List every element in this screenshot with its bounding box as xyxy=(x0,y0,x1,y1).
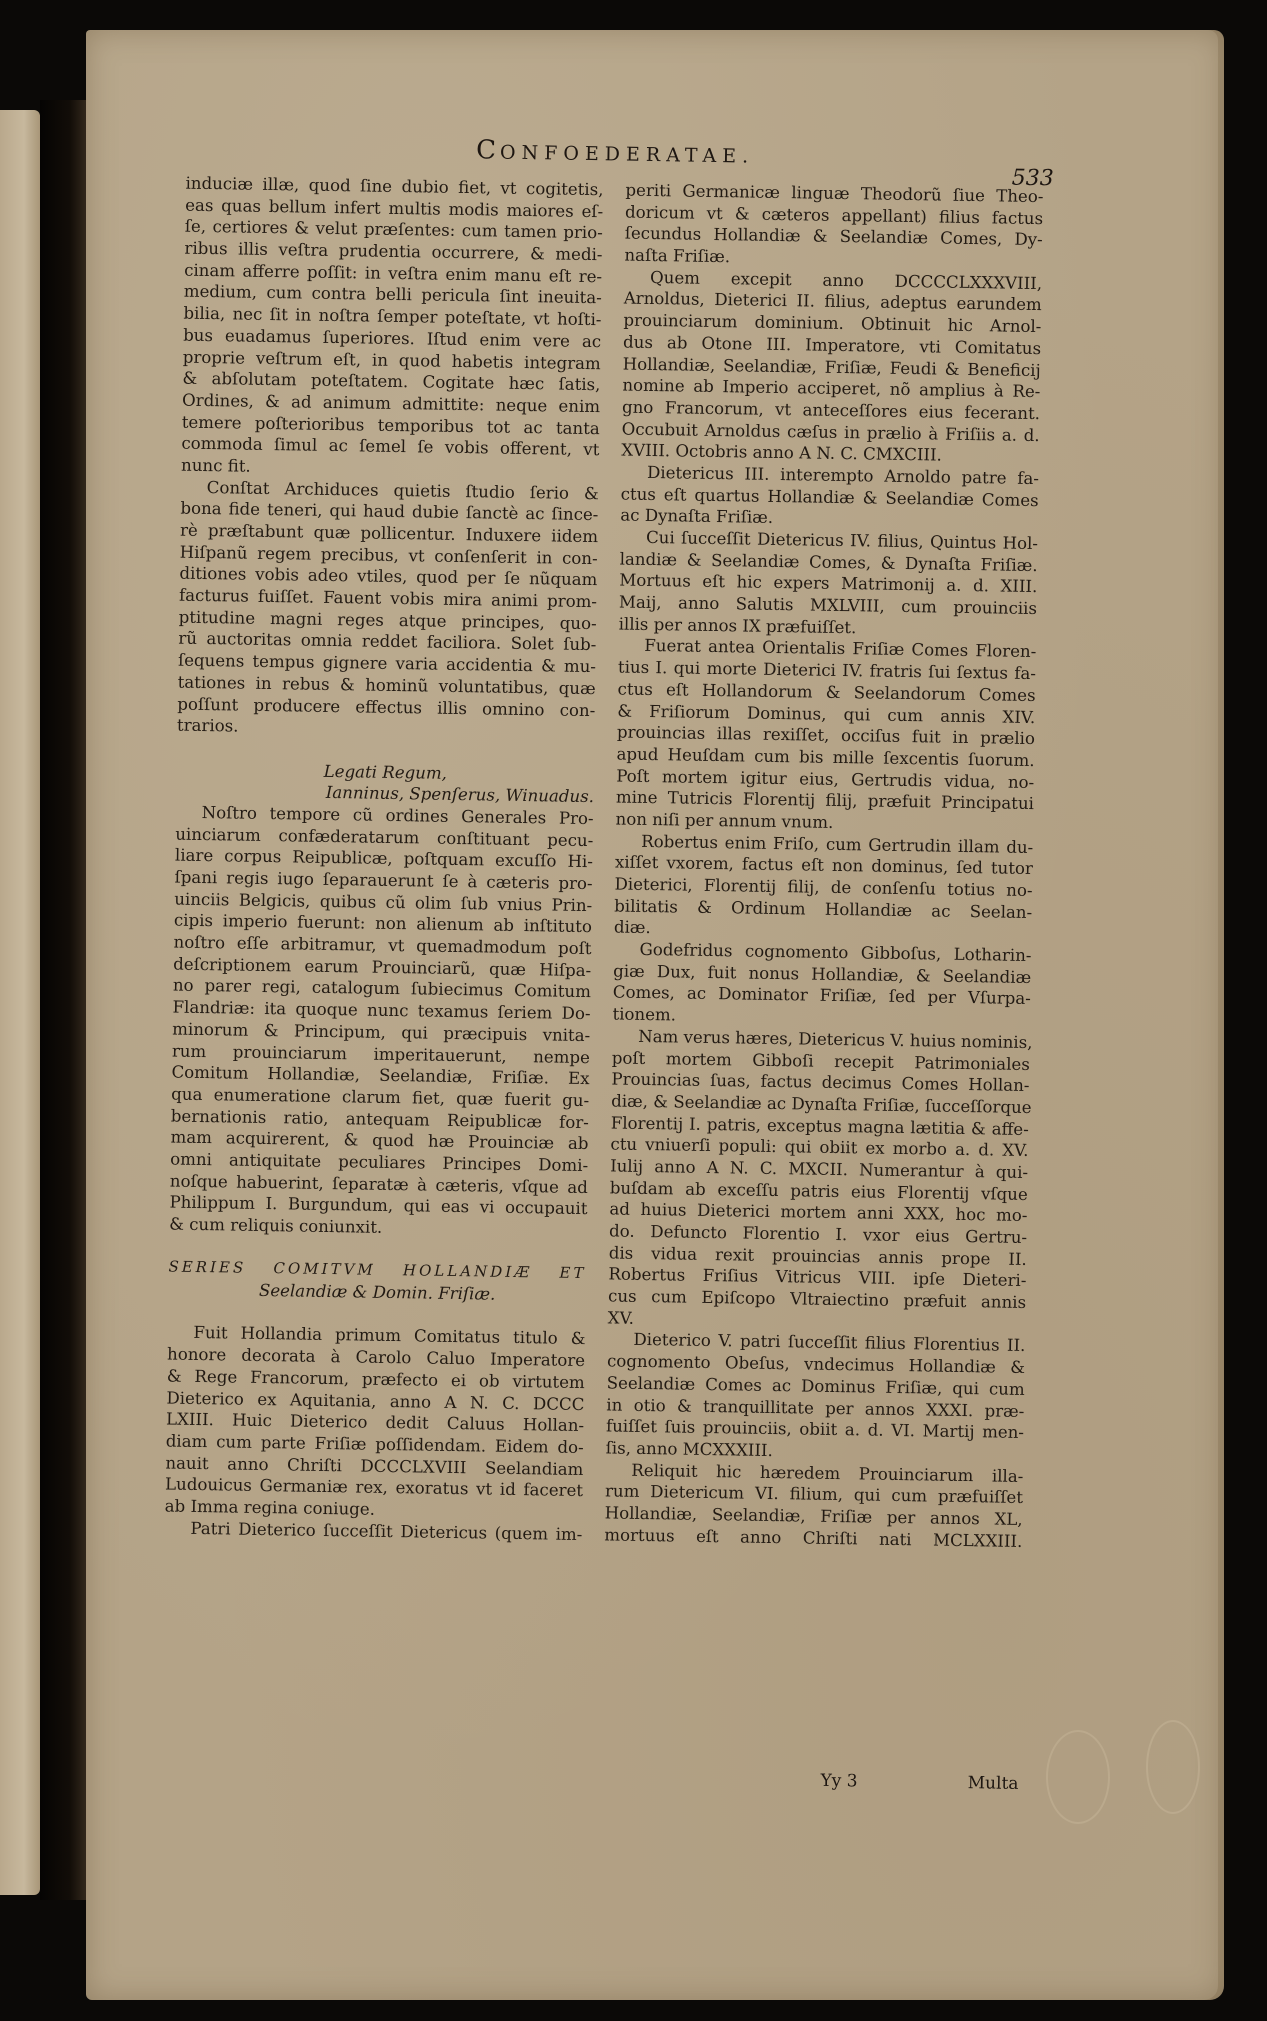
left-column: induciæ illæ, quod ſine dubio fiet, vt c… xyxy=(164,173,603,1546)
running-head-initial: C xyxy=(476,135,500,165)
page-footer: Yy 3 Multa xyxy=(600,1767,1018,1796)
catchword: Multa xyxy=(968,1773,1019,1794)
facing-page-edge xyxy=(0,110,40,1895)
running-head: CONFOEDERATAE. xyxy=(476,135,755,169)
running-head-text: ONFOEDERATAE. xyxy=(500,142,755,168)
right-column: periti Germanicæ linguæ Theodorũ ſiue Th… xyxy=(604,180,1043,1553)
page-content: CONFOEDERATAE. 533 induciæ illæ, quod ſi… xyxy=(55,21,1224,2009)
signature-mark: Yy 3 xyxy=(820,1771,857,1792)
book-page: CONFOEDERATAE. 533 induciæ illæ, quod ſi… xyxy=(86,30,1224,2000)
